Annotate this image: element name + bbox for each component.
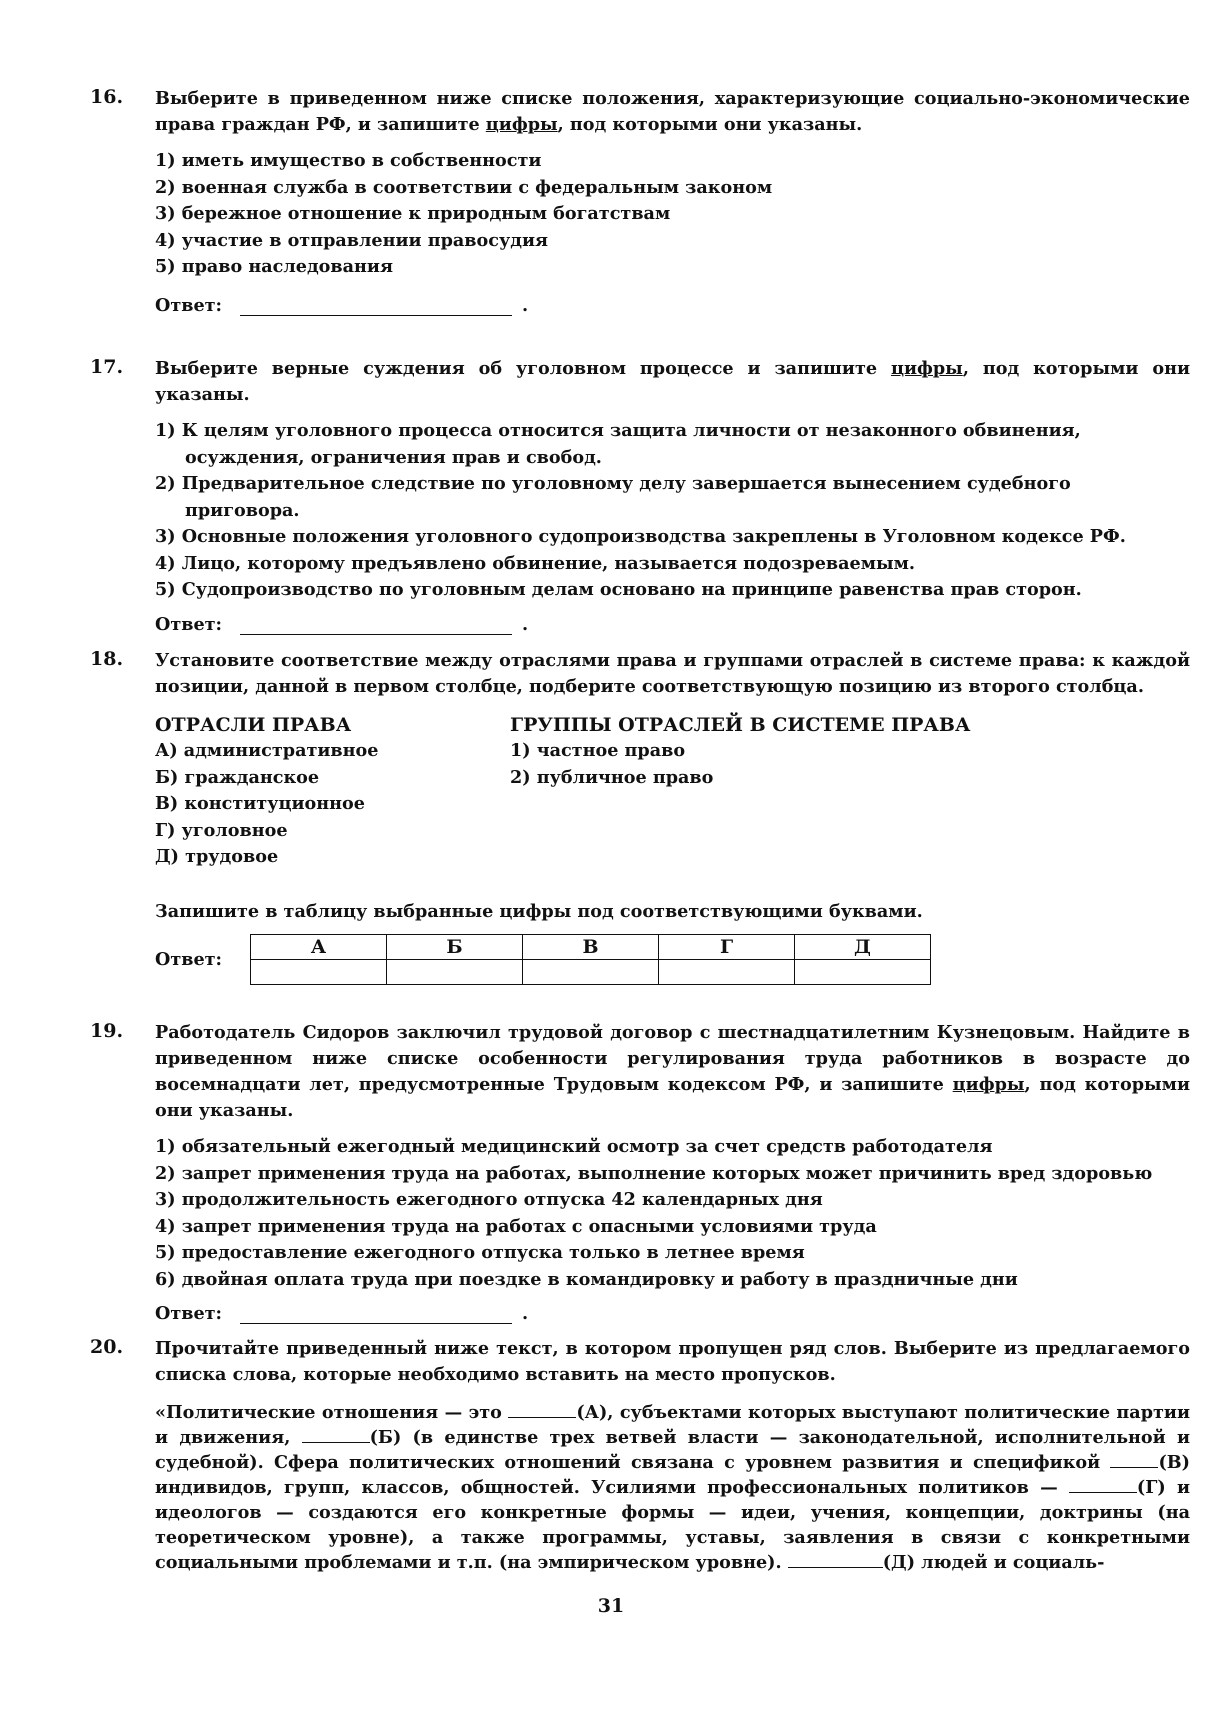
option-item: 1) обязательный ежегодный медицинский ос…: [155, 1134, 1190, 1161]
task-18: 18. Установите соответствие между отрасл…: [90, 648, 1190, 985]
blank-a[interactable]: [508, 1403, 576, 1418]
option-item: 5) Судопроизводство по уголовным делам о…: [155, 577, 1190, 604]
table-header-g: Г: [659, 934, 795, 959]
option-item: 5) право наследования: [155, 254, 1190, 281]
task-20: 20. Прочитайте приведенный ниже текст, в…: [90, 1336, 1190, 1575]
task-question: Выберите в приведенном ниже списке полож…: [155, 86, 1190, 138]
table-instruction: Запишите в таблицу выбранные цифры под с…: [155, 901, 1190, 922]
options-list: 1) обязательный ежегодный медицинский ос…: [155, 1134, 1190, 1293]
answer-row: Ответ: .: [155, 614, 1190, 635]
table-cell-g[interactable]: [659, 959, 795, 984]
period: .: [522, 1303, 528, 1324]
matching-columns: ОТРАСЛИ ПРАВА А) административное Б) гра…: [155, 712, 1190, 871]
option-item: 2) военная служба в соответствии с федер…: [155, 175, 1190, 202]
task-question: Установите соответствие между отраслями …: [155, 648, 1190, 700]
option-item: 1) иметь имущество в собственности: [155, 148, 1190, 175]
option-item: 3) продолжительность ежегодного отпуска …: [155, 1187, 1190, 1214]
answer-row: Ответ: А Б В Г Д: [155, 934, 1190, 985]
task-question: Выберите верные суждения об уголовном пр…: [155, 356, 1190, 408]
task-16: 16. Выберите в приведенном ниже списке п…: [90, 86, 1190, 316]
period: .: [522, 295, 528, 316]
table-header-v: В: [523, 934, 659, 959]
task-number: 18.: [90, 648, 123, 670]
answer-label: Ответ:: [155, 949, 250, 970]
task-question: Работодатель Сидоров заключил трудовой д…: [155, 1020, 1190, 1124]
column-groups: ГРУППЫ ОТРАСЛЕЙ В СИСТЕМЕ ПРАВА 1) частн…: [510, 712, 970, 871]
blank-g[interactable]: [1069, 1478, 1137, 1493]
column-item: Д) трудовое: [155, 844, 510, 871]
option-item: 3) Основные положения уголовного судопро…: [155, 524, 1190, 551]
task-number: 20.: [90, 1336, 123, 1358]
column-item: 2) публичное право: [510, 765, 970, 792]
blank-d[interactable]: [788, 1553, 883, 1568]
blank-v[interactable]: [1110, 1453, 1158, 1468]
task-question: Прочитайте приведенный ниже текст, в кот…: [155, 1336, 1190, 1388]
option-item: 1) К целям уголовного процесса относится…: [155, 418, 1190, 471]
page-number: 31: [0, 1595, 1222, 1617]
column-item: Г) уголовное: [155, 818, 510, 845]
column-item: В) конституционное: [155, 791, 510, 818]
answer-row: Ответ: .: [155, 1303, 1190, 1324]
answer-label: Ответ:: [155, 614, 222, 635]
table-header-b: Б: [387, 934, 523, 959]
table-cell-b[interactable]: [387, 959, 523, 984]
options-list: 1) иметь имущество в собственности 2) во…: [155, 148, 1190, 281]
options-list: 1) К целям уголовного процесса относится…: [155, 418, 1190, 604]
answer-field[interactable]: [240, 1305, 512, 1324]
task-19: 19. Работодатель Сидоров заключил трудов…: [90, 1020, 1190, 1324]
table-cell-v[interactable]: [523, 959, 659, 984]
table-cell-a[interactable]: [251, 959, 387, 984]
option-item: 5) предоставление ежегодного отпуска тол…: [155, 1240, 1190, 1267]
task-17: 17. Выберите верные суждения об уголовно…: [90, 356, 1190, 635]
column-branches: ОТРАСЛИ ПРАВА А) административное Б) гра…: [155, 712, 510, 871]
answer-table: А Б В Г Д: [250, 934, 931, 985]
task-number: 17.: [90, 356, 123, 378]
column-header: ОТРАСЛИ ПРАВА: [155, 712, 510, 738]
option-item: 2) запрет применения труда на работах, в…: [155, 1161, 1190, 1188]
option-item: 6) двойная оплата труда при поездке в ко…: [155, 1267, 1190, 1294]
option-item: 2) Предварительное следствие по уголовно…: [155, 471, 1190, 524]
option-item: 3) бережное отношение к природным богатс…: [155, 201, 1190, 228]
table-header-d: Д: [795, 934, 931, 959]
blank-b[interactable]: [302, 1428, 370, 1443]
answer-field[interactable]: [240, 297, 512, 316]
column-item: Б) гражданское: [155, 765, 510, 792]
table-header-a: А: [251, 934, 387, 959]
answer-field[interactable]: [240, 616, 512, 635]
column-item: А) административное: [155, 738, 510, 765]
passage-text: «Политические отношения — это (А), субъе…: [155, 1400, 1190, 1575]
column-header: ГРУППЫ ОТРАСЛЕЙ В СИСТЕМЕ ПРАВА: [510, 712, 970, 738]
option-item: 4) участие в отправлении правосудия: [155, 228, 1190, 255]
task-number: 16.: [90, 86, 123, 108]
period: .: [522, 614, 528, 635]
table-cell-d[interactable]: [795, 959, 931, 984]
answer-label: Ответ:: [155, 295, 222, 316]
answer-row: Ответ: .: [155, 295, 1190, 316]
task-number: 19.: [90, 1020, 123, 1042]
option-item: 4) Лицо, которому предъявлено обвинение,…: [155, 551, 1190, 578]
option-item: 4) запрет применения труда на работах с …: [155, 1214, 1190, 1241]
column-item: 1) частное право: [510, 738, 970, 765]
answer-label: Ответ:: [155, 1303, 222, 1324]
